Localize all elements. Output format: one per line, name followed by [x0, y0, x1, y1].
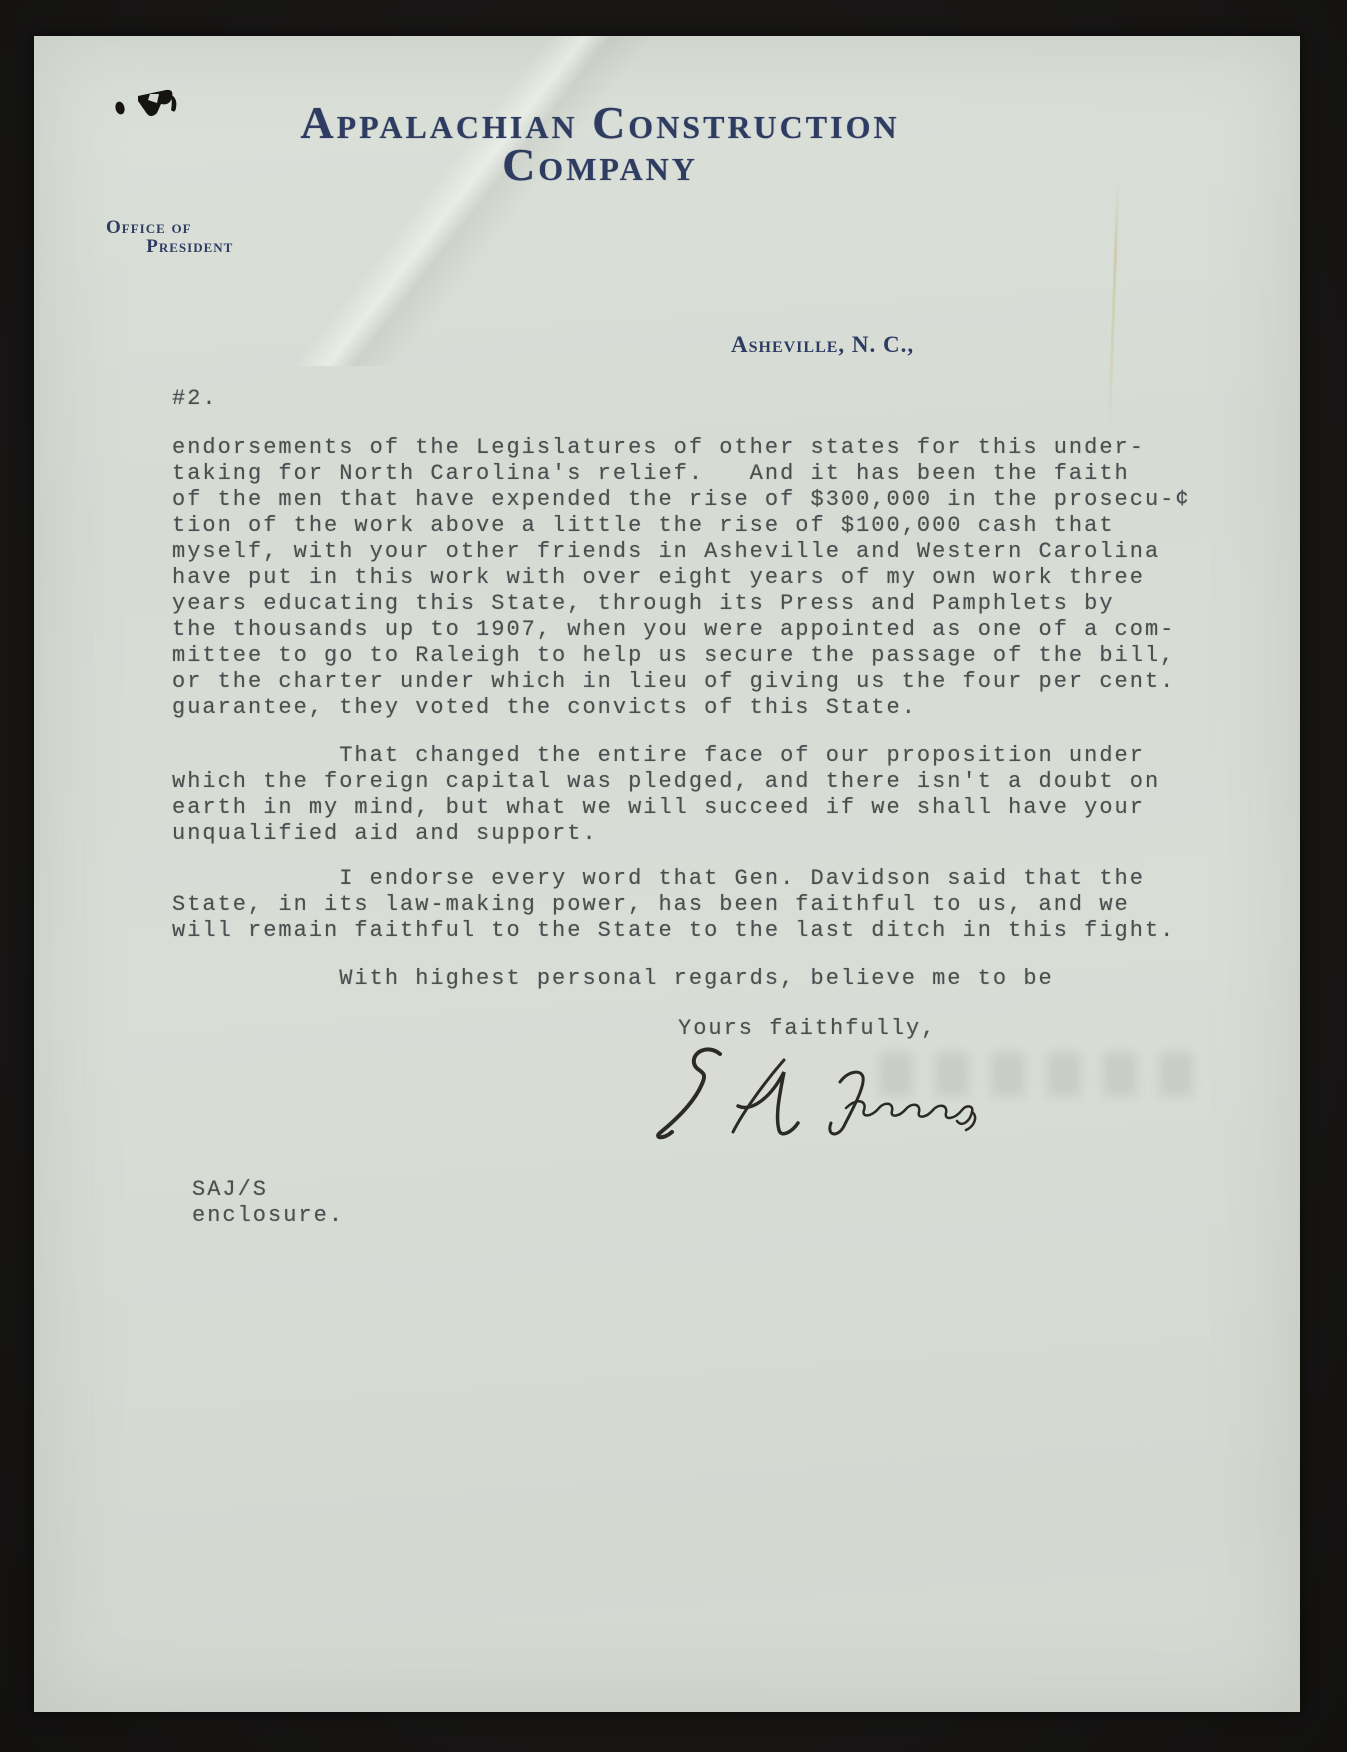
paper-crease	[164, 36, 784, 366]
signature	[634, 1044, 1014, 1144]
reference-initials: SAJ/S	[192, 1177, 268, 1203]
body-paragraph-2: That changed the entire face of our prop…	[172, 743, 1160, 847]
body-paragraph-3: I endorse every word that Gen. Davidson …	[172, 866, 1175, 944]
company-name: Appalachian Construction Company	[34, 102, 1166, 186]
place-dateline: Asheville, N. C.,	[731, 332, 914, 358]
office-of-president-label: Office of President	[106, 218, 233, 256]
page-number: #2.	[172, 386, 218, 412]
scan-background: Appalachian Construction Company Office …	[0, 0, 1347, 1752]
valediction: Yours faithfully,	[678, 1016, 936, 1042]
letter-page: Appalachian Construction Company Office …	[34, 36, 1300, 1712]
paper-scratch	[1107, 176, 1119, 446]
closing-line: With highest personal regards, believe m…	[172, 966, 1054, 992]
enclosure-note: enclosure.	[192, 1203, 344, 1229]
body-paragraph-1: endorsements of the Legislatures of othe…	[172, 435, 1191, 721]
